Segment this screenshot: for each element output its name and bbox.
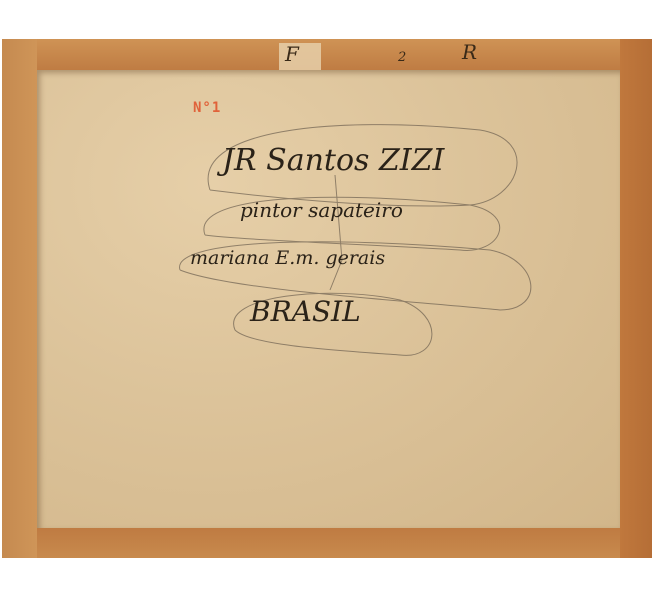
inscription-location: mariana E.m. gerais: [190, 247, 385, 269]
inscription-artist: JR Santos ZIZI: [222, 143, 444, 178]
inscription-country: BRASIL: [250, 295, 361, 328]
inscription-profession: pintor sapateiro: [240, 198, 403, 222]
stamp-number: N°1: [193, 100, 221, 116]
